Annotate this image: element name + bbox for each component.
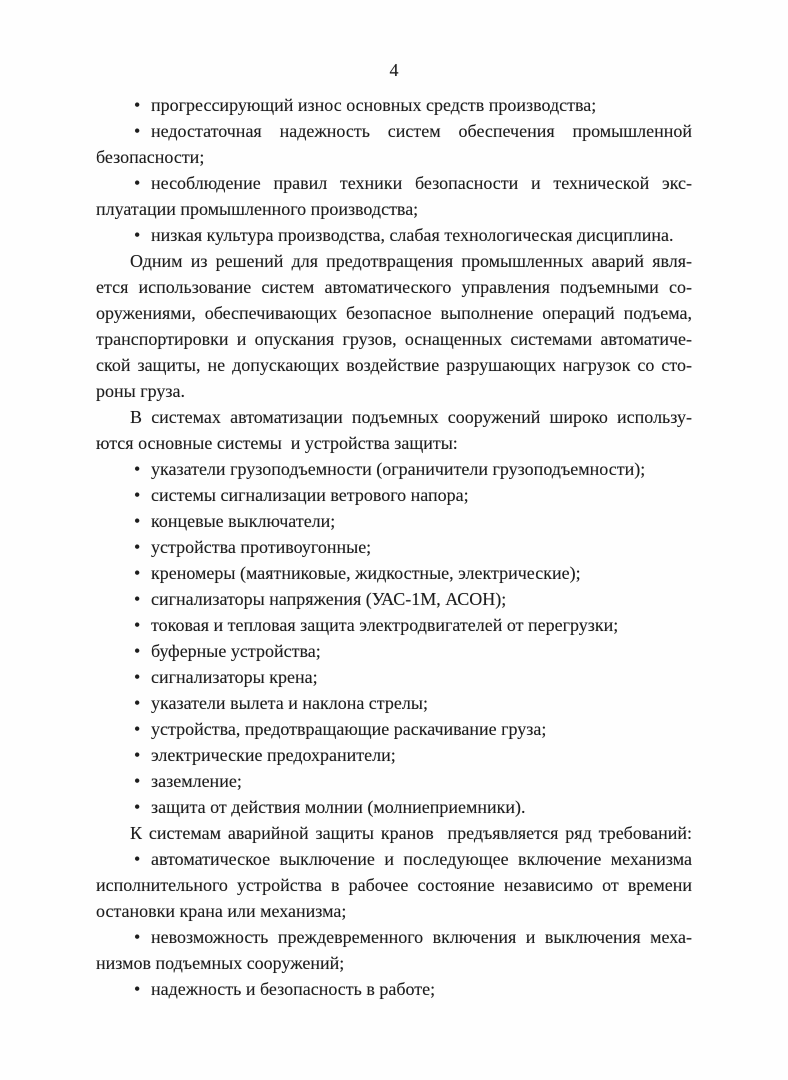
bullet-icon: • bbox=[134, 846, 148, 872]
line-text: прогрессирующий износ основных средств п… bbox=[151, 95, 596, 115]
bullet-icon: • bbox=[134, 118, 148, 144]
text-line: роны груза. bbox=[96, 378, 692, 404]
line-text: остановки крана или механизма; bbox=[96, 901, 346, 921]
line-text: устройства, предотвращающие раскачивание… bbox=[151, 719, 546, 739]
bullet-line: •недостаточная надежность систем обеспеч… bbox=[96, 118, 692, 144]
line-text: буферные устройства; bbox=[151, 641, 321, 661]
scanned-document-page: 4 •прогрессирующий износ основных средст… bbox=[0, 0, 788, 1080]
bullet-line: •указатели вылета и наклона стрелы; bbox=[96, 690, 692, 716]
paragraph-line: Одним из решений для предотвращения пром… bbox=[96, 248, 692, 274]
line-text: заземление; bbox=[151, 771, 242, 791]
line-text: сигнализаторы напряжения (УАС-1М, АСОН); bbox=[151, 589, 506, 609]
line-text: концевые выключатели; bbox=[151, 511, 335, 531]
bullet-icon: • bbox=[134, 664, 148, 690]
line-text: недостаточная надежность систем обеспече… bbox=[151, 121, 692, 141]
line-text: токовая и тепловая защита электродвигате… bbox=[151, 615, 618, 635]
bullet-line: •надежность и безопасность в работе; bbox=[96, 976, 692, 1002]
line-text: К системам аварийной защиты кранов предъ… bbox=[130, 823, 692, 843]
bullet-icon: • bbox=[134, 586, 148, 612]
line-text: несоблюдение правил техники безопасности… bbox=[151, 173, 692, 193]
bullet-icon: • bbox=[134, 716, 148, 742]
line-text: сигнализаторы крена; bbox=[151, 667, 318, 687]
text-line: низмов подъемных сооружений; bbox=[96, 950, 692, 976]
line-text: транспортировки и опускания грузов, осна… bbox=[96, 329, 692, 349]
text-line: транспортировки и опускания грузов, осна… bbox=[96, 326, 692, 352]
bullet-icon: • bbox=[134, 638, 148, 664]
bullet-line: •системы сигнализации ветрового напора; bbox=[96, 482, 692, 508]
paragraph-line: В системах автоматизации подъемных соору… bbox=[96, 404, 692, 430]
bullet-icon: • bbox=[134, 794, 148, 820]
line-text: системы сигнализации ветрового напора; bbox=[151, 485, 469, 505]
bullet-line: •защита от действия молнии (молниеприемн… bbox=[96, 794, 692, 820]
bullet-line: •электрические предохранители; bbox=[96, 742, 692, 768]
bullet-icon: • bbox=[134, 456, 148, 482]
bullet-icon: • bbox=[134, 924, 148, 950]
text-line: ской защиты, не допускающих воздействие … bbox=[96, 352, 692, 378]
line-text: исполнительного устройства в рабочее сос… bbox=[96, 875, 692, 895]
line-text: В системах автоматизации подъемных соору… bbox=[130, 407, 692, 427]
text-line: оружениями, обеспечивающих безопасное вы… bbox=[96, 300, 692, 326]
line-text: электрические предохранители; bbox=[151, 745, 396, 765]
bullet-icon: • bbox=[134, 534, 148, 560]
bullet-line: •сигнализаторы напряжения (УАС-1М, АСОН)… bbox=[96, 586, 692, 612]
bullet-icon: • bbox=[134, 222, 148, 248]
bullet-line: •устройства противоугонные; bbox=[96, 534, 692, 560]
line-text: Одним из решений для предотвращения пром… bbox=[130, 251, 692, 271]
line-text: надежность и безопасность в работе; bbox=[151, 979, 435, 999]
line-text: плуатации промышленного производства; bbox=[96, 199, 418, 219]
bullet-line: •несоблюдение правил техники безопасност… bbox=[96, 170, 692, 196]
line-text: креномеры (маятниковые, жидкостные, элек… bbox=[151, 563, 581, 583]
bullet-icon: • bbox=[134, 690, 148, 716]
line-text: роны груза. bbox=[96, 381, 185, 401]
text-line: остановки крана или механизма; bbox=[96, 898, 692, 924]
text-line: плуатации промышленного производства; bbox=[96, 196, 692, 222]
bullet-line: •концевые выключатели; bbox=[96, 508, 692, 534]
line-text: защита от действия молнии (молниеприемни… bbox=[151, 797, 526, 817]
bullet-line: •устройства, предотвращающие раскачивани… bbox=[96, 716, 692, 742]
line-text: автоматическое выключение и последующее … bbox=[151, 849, 692, 869]
bullet-icon: • bbox=[134, 742, 148, 768]
bullet-icon: • bbox=[134, 976, 148, 1002]
paragraph-line: К системам аварийной защиты кранов предъ… bbox=[96, 820, 692, 846]
line-text: указатели грузоподъемности (ограничители… bbox=[151, 459, 645, 479]
line-text: оружениями, обеспечивающих безопасное вы… bbox=[96, 303, 692, 323]
line-text: низмов подъемных сооружений; bbox=[96, 953, 344, 973]
bullet-line: •сигнализаторы крена; bbox=[96, 664, 692, 690]
text-line: ется использование систем автоматическог… bbox=[96, 274, 692, 300]
text-line: ются основные системы и устройства защит… bbox=[96, 430, 692, 456]
bullet-line: •токовая и тепловая защита электродвигат… bbox=[96, 612, 692, 638]
line-text: невозможность преждевременного включения… bbox=[151, 927, 692, 947]
line-text: указатели вылета и наклона стрелы; bbox=[151, 693, 428, 713]
bullet-line: •автоматическое выключение и последующее… bbox=[96, 846, 692, 872]
text-line: исполнительного устройства в рабочее сос… bbox=[96, 872, 692, 898]
bullet-icon: • bbox=[134, 92, 148, 118]
line-text: безопасности; bbox=[96, 147, 204, 167]
line-text: ются основные системы и устройства защит… bbox=[96, 433, 458, 453]
page-body: •прогрессирующий износ основных средств … bbox=[96, 92, 692, 1002]
line-text: ется использование систем автоматическог… bbox=[96, 277, 692, 297]
bullet-line: •буферные устройства; bbox=[96, 638, 692, 664]
bullet-icon: • bbox=[134, 482, 148, 508]
bullet-line: •невозможность преждевременного включени… bbox=[96, 924, 692, 950]
bullet-line: •указатели грузоподъемности (ограничител… bbox=[96, 456, 692, 482]
bullet-line: •прогрессирующий износ основных средств … bbox=[96, 92, 692, 118]
bullet-icon: • bbox=[134, 768, 148, 794]
line-text: ской защиты, не допускающих воздействие … bbox=[96, 355, 692, 375]
page-number: 4 bbox=[0, 60, 788, 80]
line-text: устройства противоугонные; bbox=[151, 537, 371, 557]
bullet-icon: • bbox=[134, 508, 148, 534]
line-text: низкая культура производства, слабая тех… bbox=[151, 225, 673, 245]
bullet-line: •заземление; bbox=[96, 768, 692, 794]
bullet-icon: • bbox=[134, 560, 148, 586]
bullet-icon: • bbox=[134, 612, 148, 638]
bullet-line: •креномеры (маятниковые, жидкостные, эле… bbox=[96, 560, 692, 586]
bullet-icon: • bbox=[134, 170, 148, 196]
bullet-line: •низкая культура производства, слабая те… bbox=[96, 222, 692, 248]
text-line: безопасности; bbox=[96, 144, 692, 170]
